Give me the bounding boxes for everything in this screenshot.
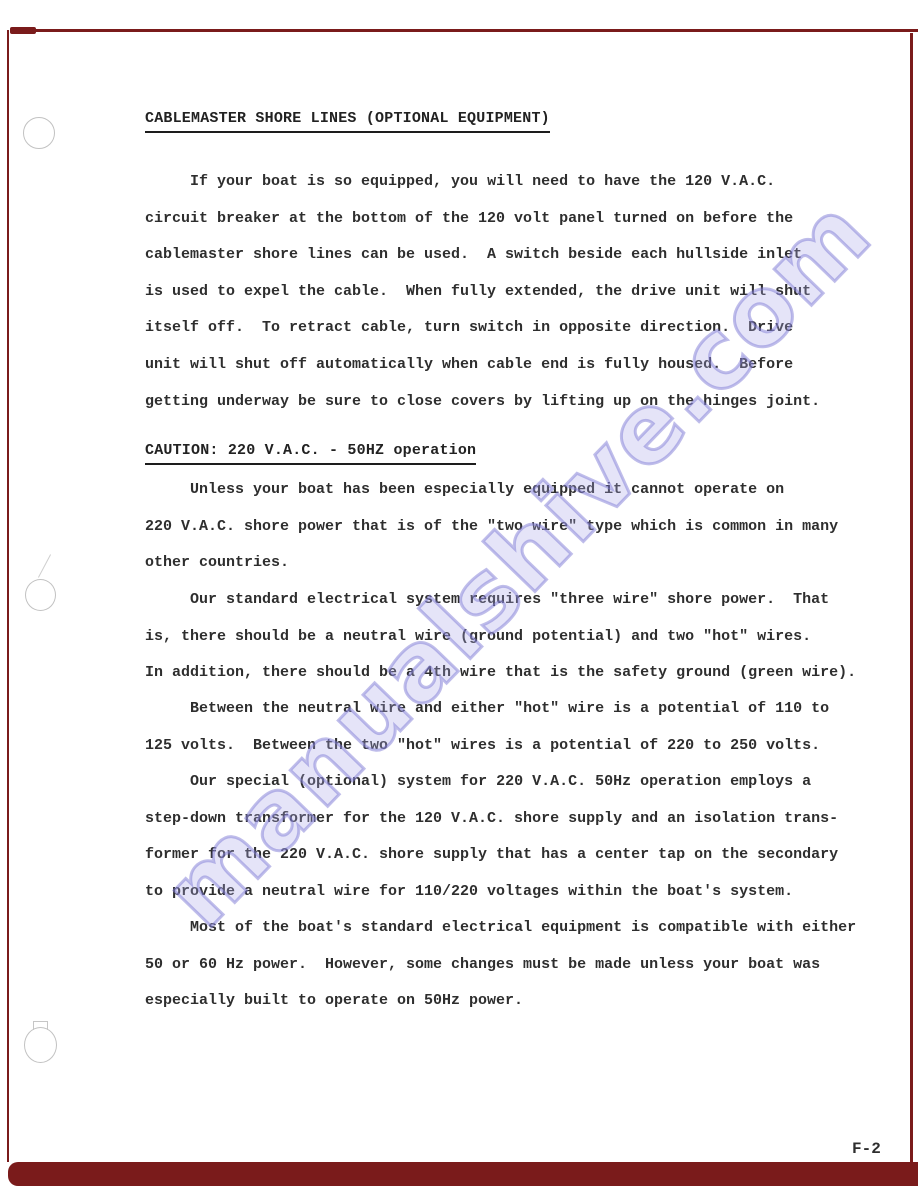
caution-heading: CAUTION: 220 V.A.C. - 50HZ operation — [145, 442, 476, 465]
scanned-manual-page: manualshive.com CABLEMASTER SHORE LINES … — [0, 0, 918, 1188]
paragraph-frequency: Most of the boat's standard electrical e… — [145, 910, 875, 1020]
paragraph-transformer: Our special (optional) system for 220 V.… — [145, 764, 875, 910]
page-number: F-2 — [852, 1140, 881, 1158]
scan-edge-right — [910, 33, 913, 1162]
scan-scratch-mark — [38, 554, 51, 577]
punch-hole-middle — [25, 579, 56, 611]
scan-edge-top — [10, 29, 918, 32]
paragraph-two-wire: Unless your boat has been especially equ… — [145, 472, 875, 582]
page-title: CABLEMASTER SHORE LINES (OPTIONAL EQUIPM… — [145, 110, 550, 133]
punch-hole-bottom — [24, 1027, 57, 1063]
punch-hole-top — [23, 117, 55, 149]
scan-edge-bottom — [8, 1162, 918, 1186]
paragraph-three-wire: Our standard electrical system requires … — [145, 582, 875, 692]
paragraph-voltages: Between the neutral wire and either "hot… — [145, 691, 875, 764]
paragraph-cablemaster: If your boat is so equipped, you will ne… — [145, 164, 875, 420]
scan-edge-left — [7, 30, 9, 1162]
scan-edge-top-tab — [10, 27, 36, 34]
punch-hole-tab — [33, 1021, 48, 1030]
